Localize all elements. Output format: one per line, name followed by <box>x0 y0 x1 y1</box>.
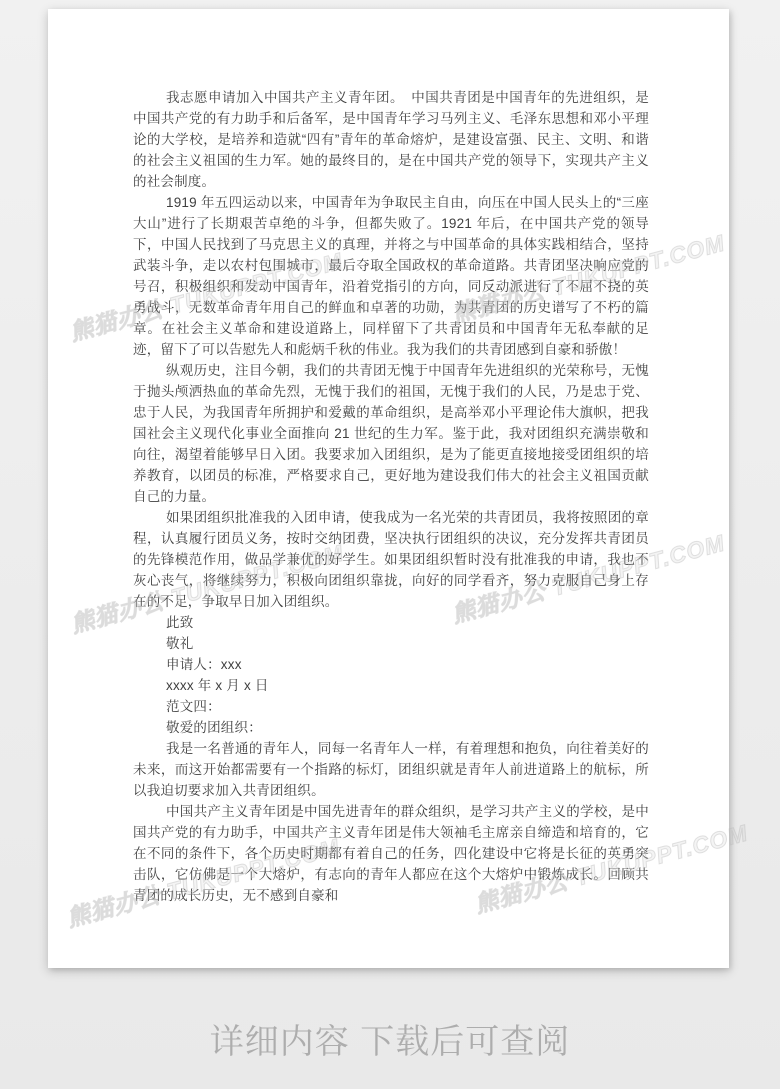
paragraph-intro: 我志愿申请加入中国共产主义青年团。 中国共青团是中国青年的先进组织，是中国共产党… <box>133 87 649 192</box>
paragraph-history-1919: 1919 年五四运动以来，中国青年为争取民主自由，向压在中国人民头上的“三座大山… <box>133 192 649 360</box>
document-page: 我志愿申请加入中国共产主义青年团。 中国共青团是中国青年的先进组织，是中国共产党… <box>48 9 729 968</box>
paragraph-review-history: 纵观历史，注目今朝，我们的共青团无愧于中国青年先进组织的光荣称号，无愧于抛头颅洒… <box>133 360 649 507</box>
applicant-line: 申请人：xxx <box>133 654 649 675</box>
paragraph-pledge: 如果团组织批准我的入团申请，使我成为一名光荣的共青团员，我将按照团的章程，认真履… <box>133 507 649 612</box>
sample-four-heading: 范文四： <box>133 696 649 717</box>
paragraph-league-nature: 中国共产主义青年团是中国先进青年的群众组织，是学习共产主义的学校，是中国共产党的… <box>133 801 649 906</box>
document-body-text: 我志愿申请加入中国共产主义青年团。 中国共青团是中国青年的先进组织，是中国共产党… <box>133 87 649 906</box>
document-preview-background: 我志愿申请加入中国共产主义青年团。 中国共青团是中国青年的先进组织，是中国共产党… <box>0 0 780 1089</box>
salutation-line: 敬爱的团组织： <box>133 717 649 738</box>
closing-salute-line1: 此致 <box>133 612 649 633</box>
closing-salute-line2: 敬礼 <box>133 633 649 654</box>
download-hint-text: 详细内容 下载后可查阅 <box>0 1020 780 1064</box>
paragraph-self-intro: 我是一名普通的青年人，同每一名青年人一样，有着理想和抱负，向往着美好的未来，而这… <box>133 738 649 801</box>
date-line: xxxx 年 x 月 x 日 <box>133 675 649 696</box>
